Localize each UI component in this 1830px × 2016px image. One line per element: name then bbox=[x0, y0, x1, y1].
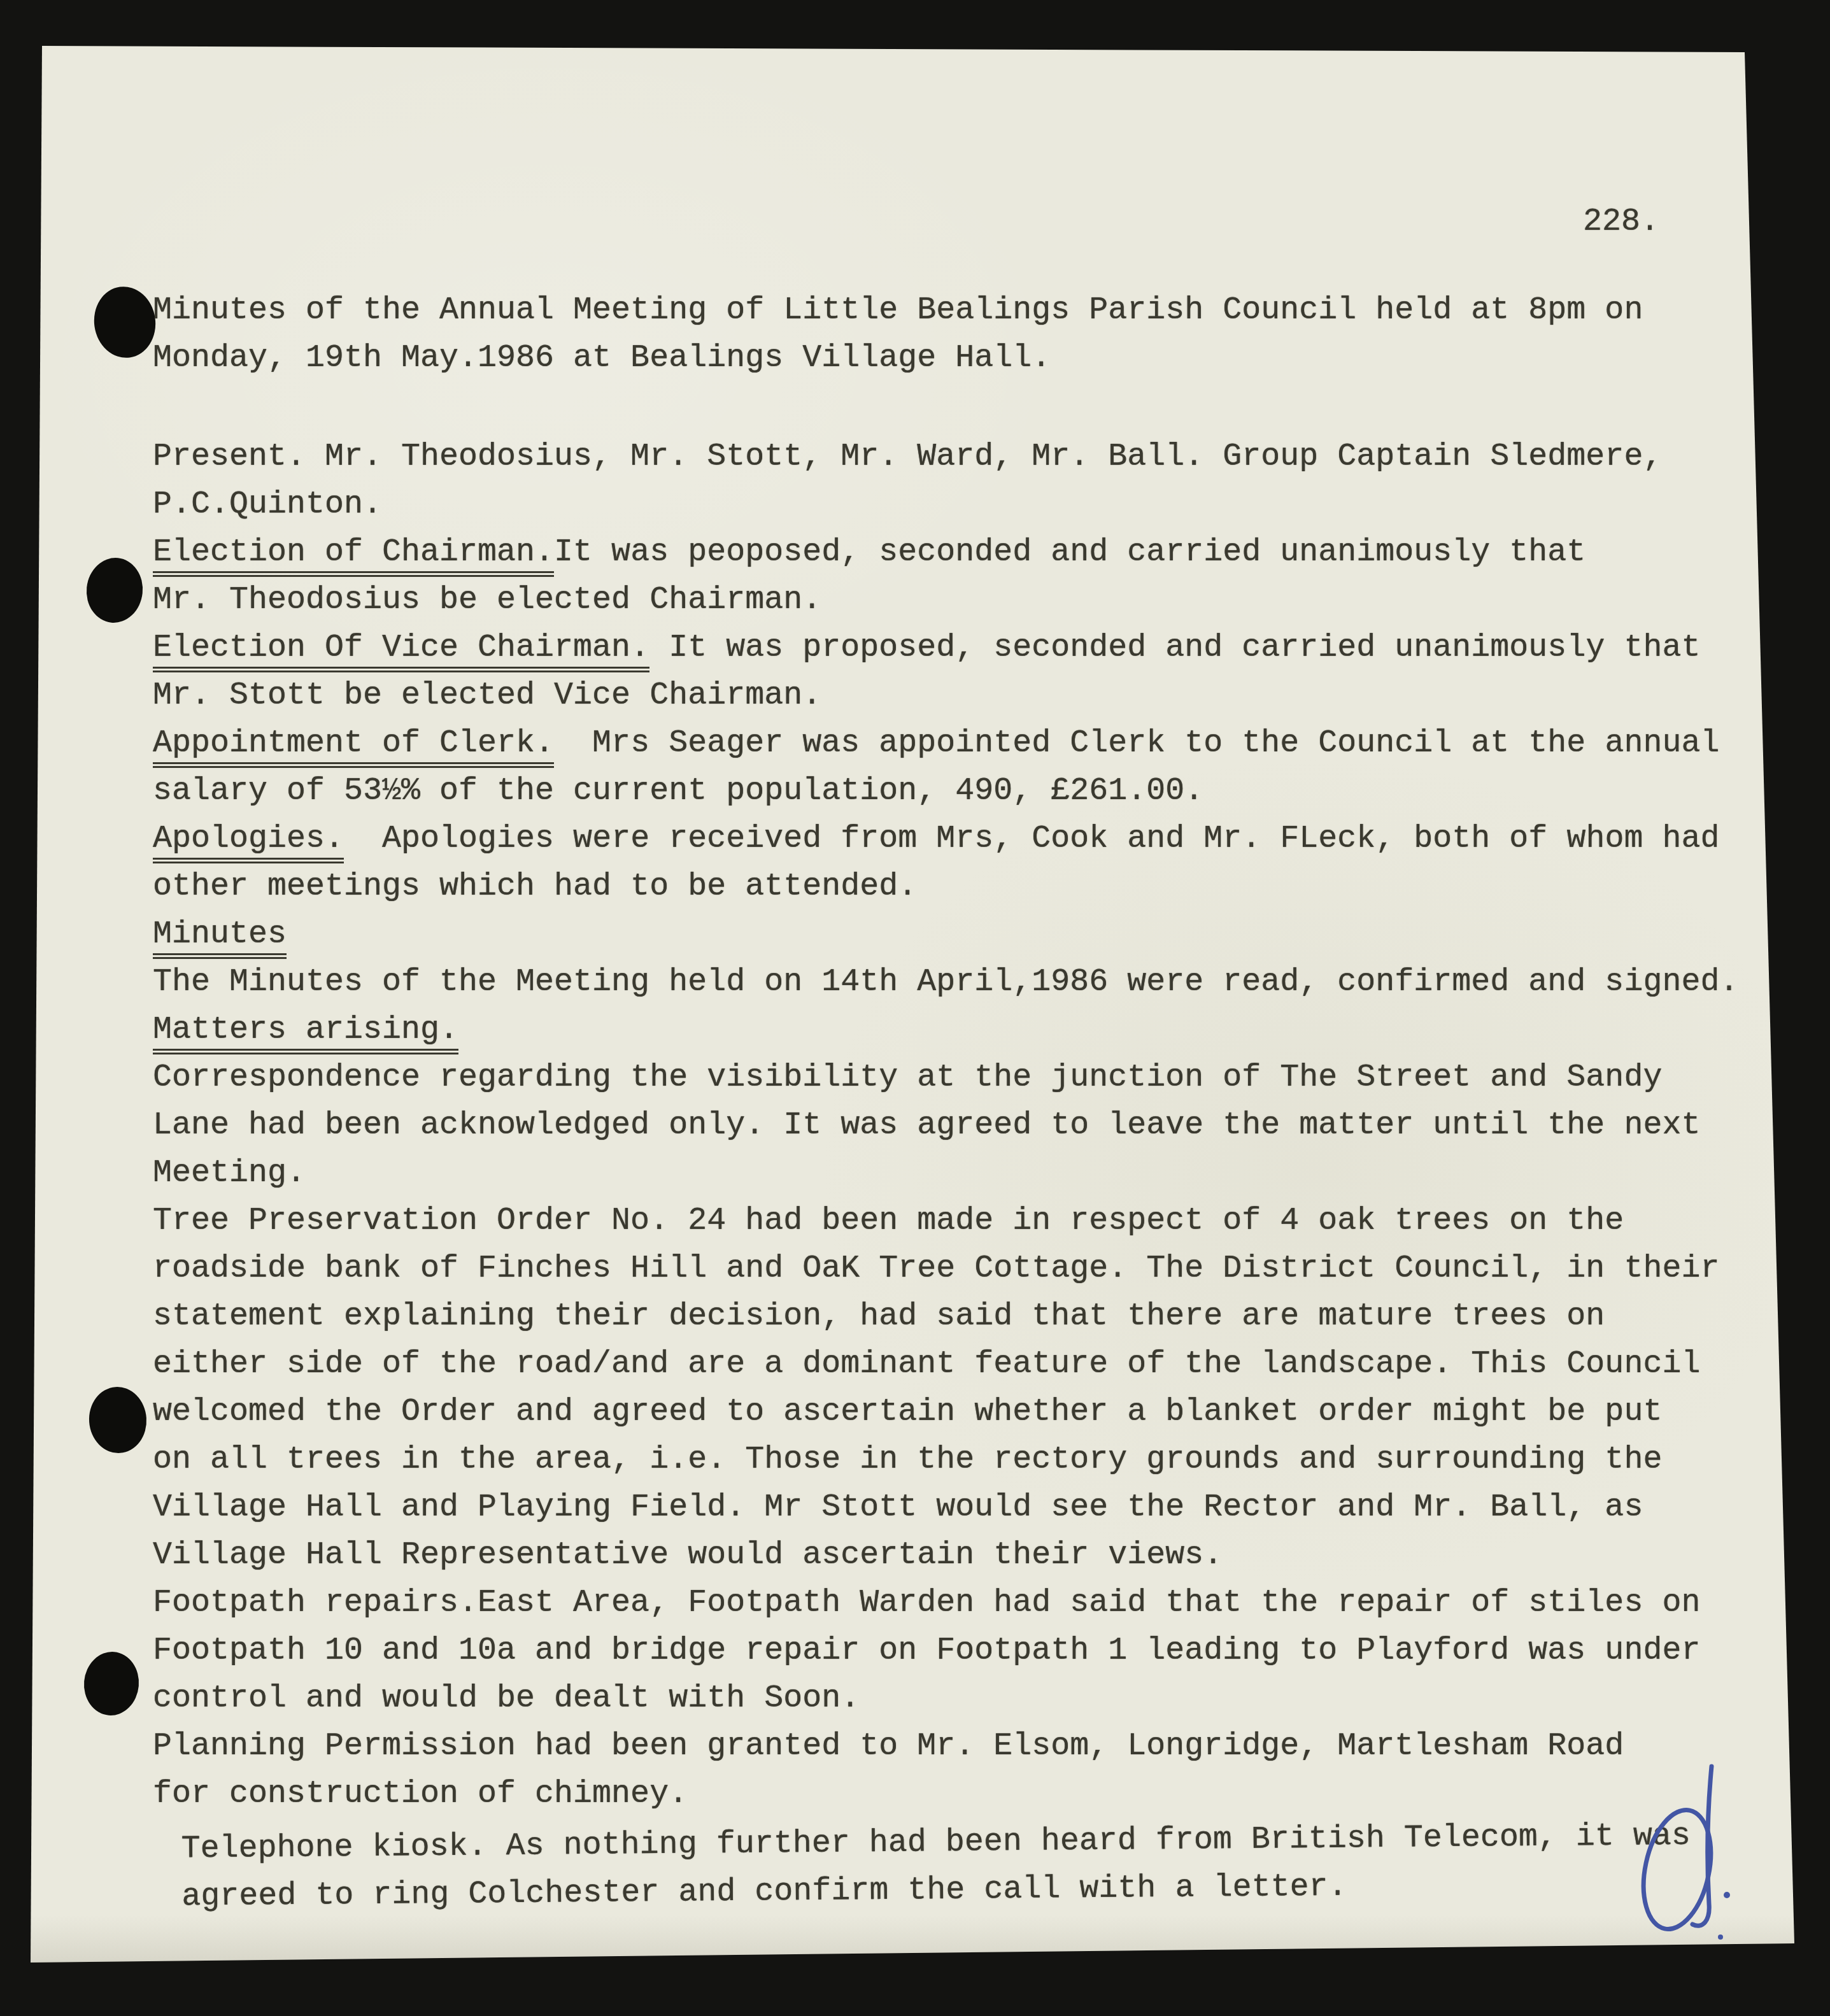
text-segment: Lane had been acknowledged only. It was … bbox=[153, 1107, 1700, 1144]
text-line: Lane had been acknowledged only. It was … bbox=[153, 1102, 1808, 1149]
text-segment: roadside bank of Finches Hill and OaK Tr… bbox=[153, 1251, 1719, 1287]
text-line: Mr. Stott be elected Vice Chairman. bbox=[153, 672, 1808, 720]
text-line: Matters arising. bbox=[153, 1006, 1808, 1054]
text-line: Apologies. Apologies were received from … bbox=[153, 815, 1808, 863]
text-segment: other meetings which had to be attended. bbox=[153, 869, 917, 905]
text-line: Present. Mr. Theodosius, Mr. Stott, Mr. … bbox=[153, 433, 1808, 481]
text-segment: for construction of chimney. bbox=[153, 1776, 688, 1812]
text-segment: Mr. Theodosius be elected Chairman. bbox=[153, 582, 821, 618]
section-heading: Election Of Vice Chairman. bbox=[153, 630, 649, 672]
text-line: The Minutes of the Meeting held on 14th … bbox=[153, 958, 1808, 1006]
text-line: salary of 53½% of the current population… bbox=[153, 767, 1808, 815]
section-heading: Election of Chairman. bbox=[153, 534, 554, 577]
text-line: Tree Preservation Order No. 24 had been … bbox=[153, 1197, 1808, 1245]
text-segment: either side of the road/and are a domina… bbox=[153, 1346, 1700, 1382]
text-segment: Footpath repairs.East Area, Footpath War… bbox=[153, 1585, 1700, 1621]
text-segment: Monday, 19th May.1986 at Bealings Villag… bbox=[153, 340, 1051, 376]
paragraph-footer: Telephone kiosk. As nothing further had … bbox=[152, 1811, 1808, 1921]
text-line: roadside bank of Finches Hill and OaK Tr… bbox=[153, 1245, 1808, 1293]
text-line: Meeting. bbox=[153, 1149, 1808, 1197]
text-segment: It was proposed, seconded and carried un… bbox=[649, 630, 1700, 666]
text-line: Correspondence regarding the visibility … bbox=[153, 1054, 1808, 1102]
text-segment: Footpath 10 and 10a and bridge repair on… bbox=[153, 1633, 1700, 1669]
text-line: Election Of Vice Chairman. It was propos… bbox=[153, 624, 1808, 672]
text-line: Minutes bbox=[153, 911, 1808, 958]
text-segment: Planning Permission had been granted to … bbox=[153, 1728, 1624, 1764]
text-segment: P.C.Quinton. bbox=[153, 486, 382, 523]
text-line: Mr. Theodosius be elected Chairman. bbox=[153, 576, 1808, 624]
text-segment: Tree Preservation Order No. 24 had been … bbox=[153, 1203, 1624, 1239]
section-heading: Matters arising. bbox=[153, 1012, 458, 1054]
minutes-text-block: Minutes of the Annual Meeting of Little … bbox=[153, 287, 1808, 1921]
page-number: 228. bbox=[1583, 204, 1659, 240]
scanned-document-background: 228. Minutes of the Annual Meeting of Li… bbox=[0, 0, 1830, 2016]
text-segment: Present. Mr. Theodosius, Mr. Stott, Mr. … bbox=[153, 439, 1662, 475]
text-line: Planning Permission had been granted to … bbox=[153, 1722, 1808, 1770]
text-line: Village Hall and Playing Field. Mr Stott… bbox=[153, 1484, 1808, 1531]
text-segment: control and would be dealt with Soon. bbox=[153, 1680, 860, 1717]
text-segment: Minutes of the Annual Meeting of Little … bbox=[153, 292, 1643, 329]
text-segment: Telephone kiosk. As nothing further had … bbox=[181, 1818, 1691, 1868]
text-segment: agreed to ring Colchester and confirm th… bbox=[181, 1869, 1347, 1915]
text-segment: on all trees in the area, i.e. Those in … bbox=[153, 1442, 1662, 1478]
text-line: control and would be dealt with Soon. bbox=[153, 1675, 1808, 1722]
text-segment: Mr. Stott be elected Vice Chairman. bbox=[153, 678, 821, 714]
text-line: welcomed the Order and agreed to ascerta… bbox=[153, 1388, 1808, 1436]
text-line: other meetings which had to be attended. bbox=[153, 863, 1808, 911]
text-segment: It was peoposed, seconded and carried un… bbox=[554, 534, 1585, 571]
text-line: P.C.Quinton. bbox=[153, 481, 1808, 529]
text-segment: salary of 53½% of the current population… bbox=[153, 773, 1203, 809]
text-segment: Village Hall Representative would ascert… bbox=[153, 1537, 1223, 1573]
text-line: Monday, 19th May.1986 at Bealings Villag… bbox=[153, 334, 1808, 382]
text-segment: The Minutes of the Meeting held on 14th … bbox=[153, 964, 1738, 1000]
text-line: Minutes of the Annual Meeting of Little … bbox=[153, 287, 1808, 334]
text-segment: welcomed the Order and agreed to ascerta… bbox=[153, 1394, 1662, 1430]
text-line: statement explaining their decision, had… bbox=[153, 1293, 1808, 1340]
text-line: for construction of chimney. bbox=[153, 1770, 1808, 1818]
text-line: Election of Chairman.It was peoposed, se… bbox=[153, 529, 1808, 576]
text-segment: Village Hall and Playing Field. Mr Stott… bbox=[153, 1489, 1643, 1526]
text-segment: statement explaining their decision, had… bbox=[153, 1298, 1605, 1335]
text-segment: Apologies were received from Mrs, Cook a… bbox=[344, 821, 1719, 857]
paragraph-body: Present. Mr. Theodosius, Mr. Stott, Mr. … bbox=[153, 433, 1808, 1818]
section-heading: Appointment of Clerk. bbox=[153, 725, 554, 768]
paragraph-heading: Minutes of the Annual Meeting of Little … bbox=[153, 287, 1808, 382]
section-heading: Minutes bbox=[153, 916, 287, 959]
text-line: either side of the road/and are a domina… bbox=[153, 1340, 1808, 1388]
text-segment: Meeting. bbox=[153, 1155, 306, 1191]
text-line: on all trees in the area, i.e. Those in … bbox=[153, 1436, 1808, 1484]
section-heading: Apologies. bbox=[153, 821, 344, 863]
text-line: Footpath repairs.East Area, Footpath War… bbox=[153, 1579, 1808, 1627]
text-line: Appointment of Clerk. Mrs Seager was app… bbox=[153, 720, 1808, 767]
text-line: Village Hall Representative would ascert… bbox=[153, 1531, 1808, 1579]
text-segment: Mrs Seager was appointed Clerk to the Co… bbox=[554, 725, 1719, 762]
signature-ink bbox=[1628, 1763, 1758, 1957]
text-line: Footpath 10 and 10a and bridge repair on… bbox=[153, 1627, 1808, 1675]
text-segment: Correspondence regarding the visibility … bbox=[153, 1060, 1662, 1096]
